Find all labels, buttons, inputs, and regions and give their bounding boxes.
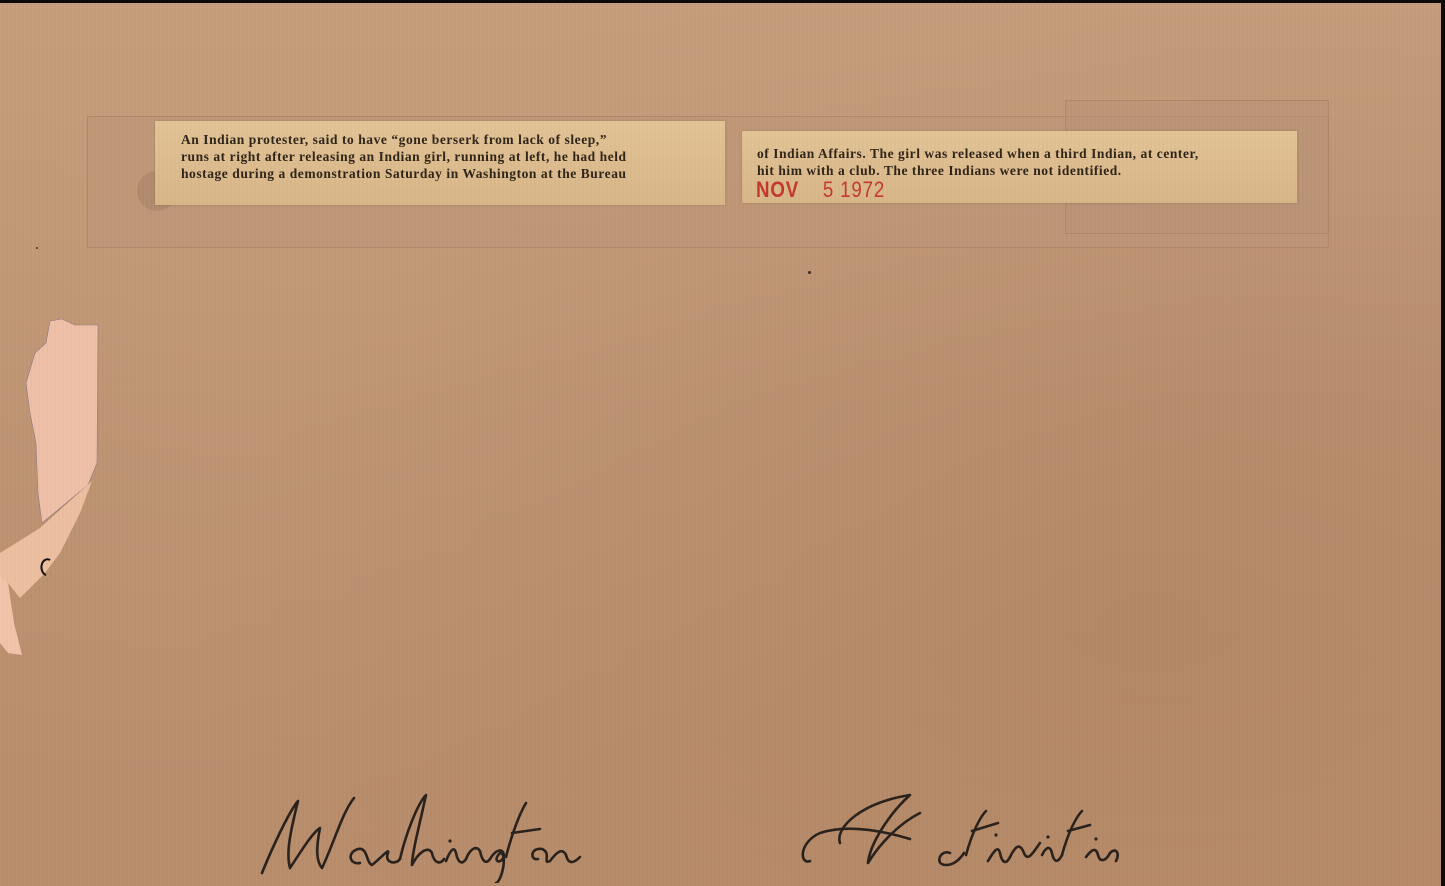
speck <box>36 247 38 249</box>
date-stamp-month: NOV <box>756 179 799 199</box>
caption-line: hit him with a club. The three Indians w… <box>757 162 1297 179</box>
caption-line: hostage during a demonstration Saturday … <box>181 165 721 182</box>
caption-line: An Indian protester, said to have “gone … <box>181 131 721 148</box>
date-stamp: NOV5 1972 <box>756 179 885 199</box>
caption-left-column: An Indian protester, said to have “gone … <box>181 131 721 182</box>
torn-label-remnant <box>0 313 100 663</box>
caption-line: runs at right after releasing an Indian … <box>181 148 721 165</box>
caption-line: of Indian Affairs. The girl was released… <box>757 145 1297 162</box>
photo-back-sheet: An Indian protester, said to have “gone … <box>0 3 1441 886</box>
handwritten-caption <box>250 773 1120 883</box>
speck <box>808 271 811 274</box>
date-stamp-day-year: 5 1972 <box>823 179 885 199</box>
caption-right-column: of Indian Affairs. The girl was released… <box>757 145 1297 179</box>
